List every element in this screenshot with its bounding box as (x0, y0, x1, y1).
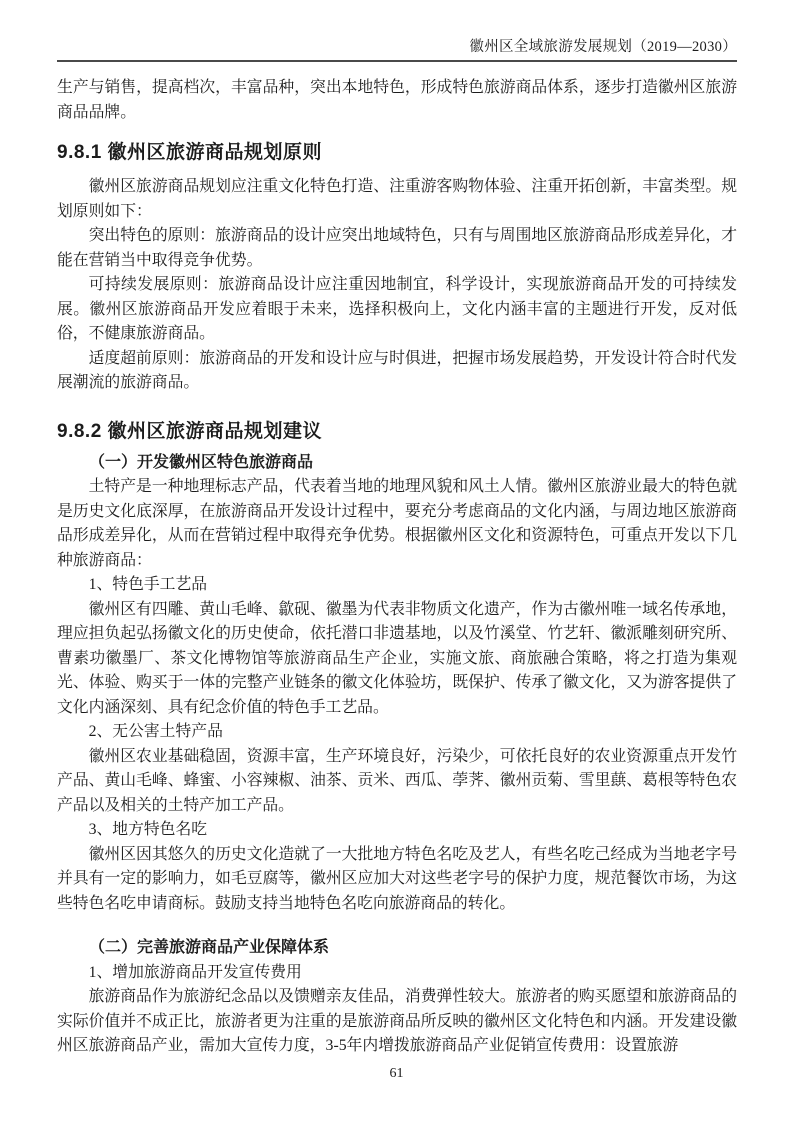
paragraph-982-1-2: 徽州区有四雕、黄山毛峰、歙砚、徽墨为代表非物质文化遗产，作为古徽州唯一域名传承地… (57, 598, 737, 721)
list-item-handicrafts: 1、特色手工艺品 (57, 573, 737, 598)
list-item-local-food: 3、地方特色名吃 (57, 818, 737, 843)
page-number: 61 (0, 1066, 793, 1082)
document-header-title: 徽州区全域旅游发展规划（2019—2030） (57, 38, 737, 60)
paragraph-982-1-4: 徽州区因其悠久的历史文化造就了一大批地方特色名吃及艺人，有些名吃己经成为当地老字… (57, 843, 737, 917)
paragraph-982-1-3: 徽州区农业基础稳固，资源丰富，生产环境良好，污染少，可依托良好的农业资源重点开发… (57, 745, 737, 819)
page-content: 徽州区全域旅游发展规划（2019—2030） 生产与销售，提高档次，丰富品种，突… (57, 38, 737, 1059)
paragraph-981-4: 适度超前原则：旅游商品的开发和设计应与时俱进，把握市场发展趋势，开发设计符合时代… (57, 347, 737, 396)
section-heading-9-8-2: 9.8.2 徽州区旅游商品规划建议 (57, 420, 737, 443)
paragraph-981-2: 突出特色的原则：旅游商品的设计应突出地域特色，只有与周围地区旅游商品形成差异化，… (57, 224, 737, 273)
paragraph-981-3: 可持续发展原则：旅游商品设计应注重因地制宜，科学设计，实现旅游商品开发的可持续发… (57, 273, 737, 347)
list-item-publicity-fee: 1、增加旅游商品开发宣传费用 (57, 961, 737, 986)
header-rule (57, 60, 737, 62)
document-page: 徽州区全域旅游发展规划（2019—2030） 生产与销售，提高档次，丰富品种，突… (0, 0, 793, 1122)
paragraph-982-2-1: 旅游商品作为旅游纪念品以及馈赠亲友佳品，消费弹性较大。旅游者的购买愿望和旅游商品… (57, 985, 737, 1059)
paragraph-982-1-1: 土特产是一种地理标志产品，代表着当地的地理风貌和风土人情。徽州区旅游业最大的特色… (57, 475, 737, 573)
list-item-local-products: 2、无公害土特产品 (57, 720, 737, 745)
section-heading-9-8-1: 9.8.1 徽州区旅游商品规划原则 (57, 141, 737, 164)
paragraph-981-1: 徽州区旅游商品规划应注重文化特色打造、注重游客购物体验、注重开拓创新，丰富类型。… (57, 175, 737, 224)
subsection-heading-1: （一）开发徽州区特色旅游商品 (57, 451, 737, 476)
subsection-heading-2: （二）完善旅游商品产业保障体系 (57, 936, 737, 961)
paragraph-intro: 生产与销售，提高档次，丰富品种，突出本地特色，形成特色旅游商品体系，逐步打造徽州… (57, 76, 737, 125)
